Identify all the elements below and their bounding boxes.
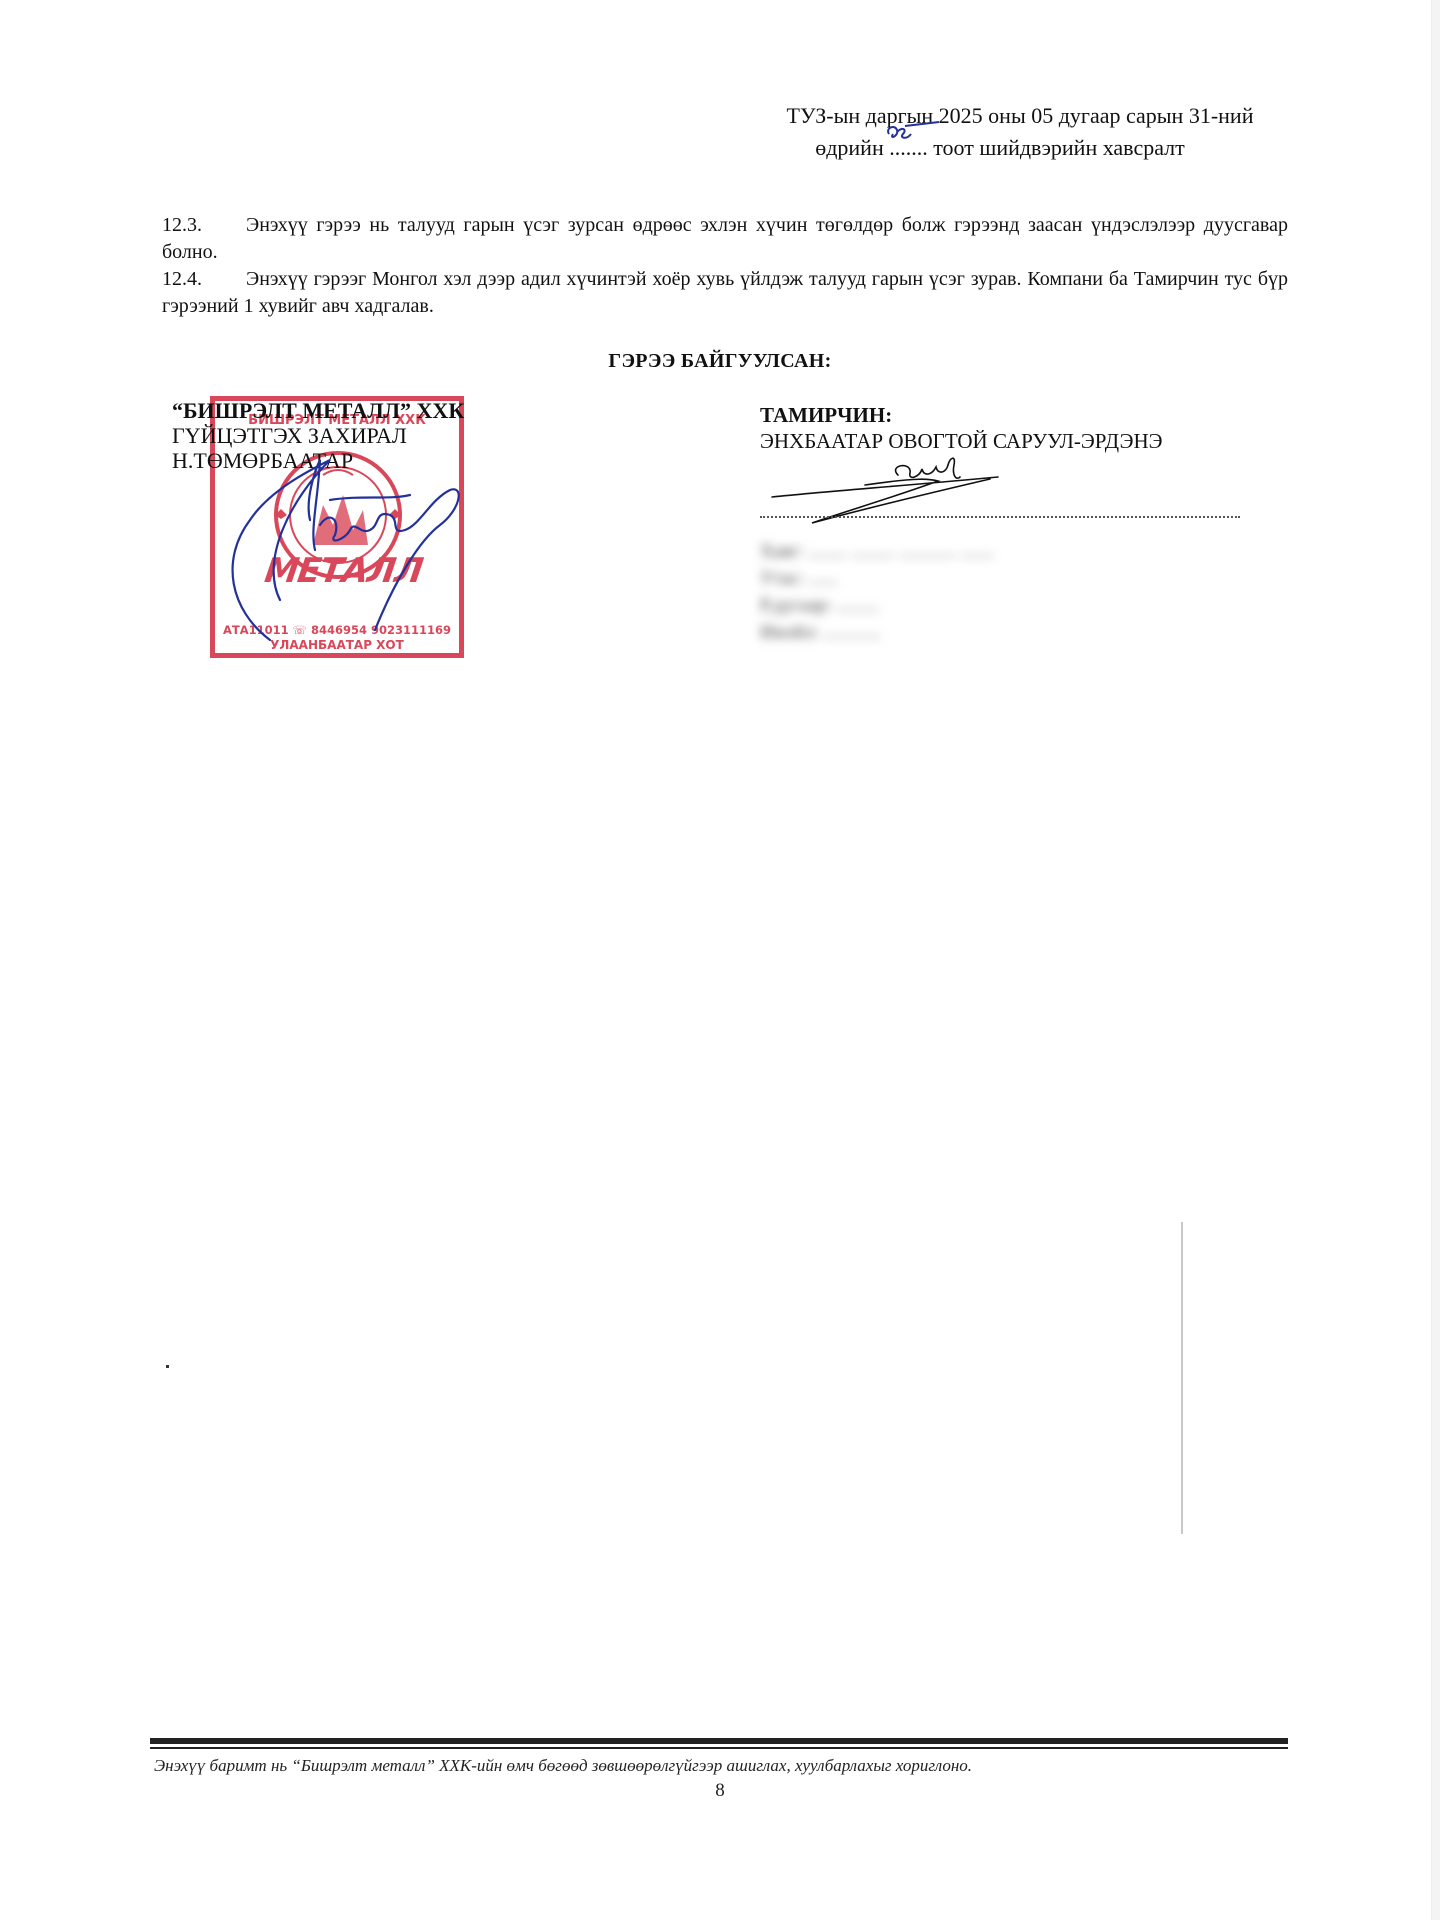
footer-rule-thin (150, 1747, 1288, 1749)
athlete-signature-icon (770, 455, 1010, 530)
footer-rule (150, 1738, 1288, 1744)
scan-artifact-line (1181, 1222, 1183, 1534)
signatures-title: ГЭРЭЭ БАЙГУУЛСАН: (0, 350, 1440, 373)
handwritten-number-icon (883, 120, 943, 146)
redacted-line: Хаяг: ........ ......... ............ ..… (760, 538, 994, 565)
header-line-1: ТУЗ-ын даргын 2025 оны 05 дугаар сарын 3… (700, 100, 1300, 132)
clause-number: 12.4. (162, 266, 246, 293)
redacted-line: Р.дугаар: ......... (760, 592, 994, 619)
clauses: 12.3.Энэхүү гэрээ нь талууд гарын үсэг з… (162, 212, 1288, 320)
company-name: “БИШРЭЛТ МЕТАЛЛ” ХХК (172, 398, 464, 423)
scan-artifact-speck (166, 1365, 169, 1368)
clause-text: Энэхүү гэрээ нь талууд гарын үсэг зурсан… (162, 214, 1288, 263)
header-line-2-text: өдрийн ....... тоот шийдвэрийн хавсралт (815, 135, 1185, 160)
athlete-name: ЭНХБААТАР ОВОГТОЙ САРУУЛ-ЭРДЭНЭ (760, 428, 1163, 454)
page-number: 8 (0, 1780, 1440, 1802)
redacted-line: Имэйл: ............ (760, 619, 994, 646)
page-edge (1431, 0, 1440, 1920)
clause-12-4: 12.4.Энэхүү гэрээг Монгол хэл дээр адил … (162, 266, 1288, 320)
clause-number: 12.3. (162, 212, 246, 239)
footer-note: Энэхүү баримт нь “Бишрэлт металл” ХХК-ий… (154, 1756, 972, 1776)
director-signature-icon (210, 440, 480, 650)
athlete-label: ТАМИРЧИН: (760, 402, 1163, 428)
athlete-signatory: ТАМИРЧИН: ЭНХБААТАР ОВОГТОЙ САРУУЛ-ЭРДЭН… (760, 402, 1163, 454)
redacted-athlete-details: Хаяг: ........ ......... ............ ..… (760, 538, 994, 646)
redacted-line: Утас: ...... (760, 565, 994, 592)
clause-12-3: 12.3.Энэхүү гэрээ нь талууд гарын үсэг з… (162, 212, 1288, 266)
clause-text: Энэхүү гэрээг Монгол хэл дээр адил хүчин… (162, 268, 1288, 317)
signature-dotted-line (760, 516, 1240, 518)
header-line-2: өдрийн ....... тоот шийдвэрийн хавсралт (700, 132, 1300, 164)
header-note: ТУЗ-ын даргын 2025 оны 05 дугаар сарын 3… (700, 100, 1300, 164)
